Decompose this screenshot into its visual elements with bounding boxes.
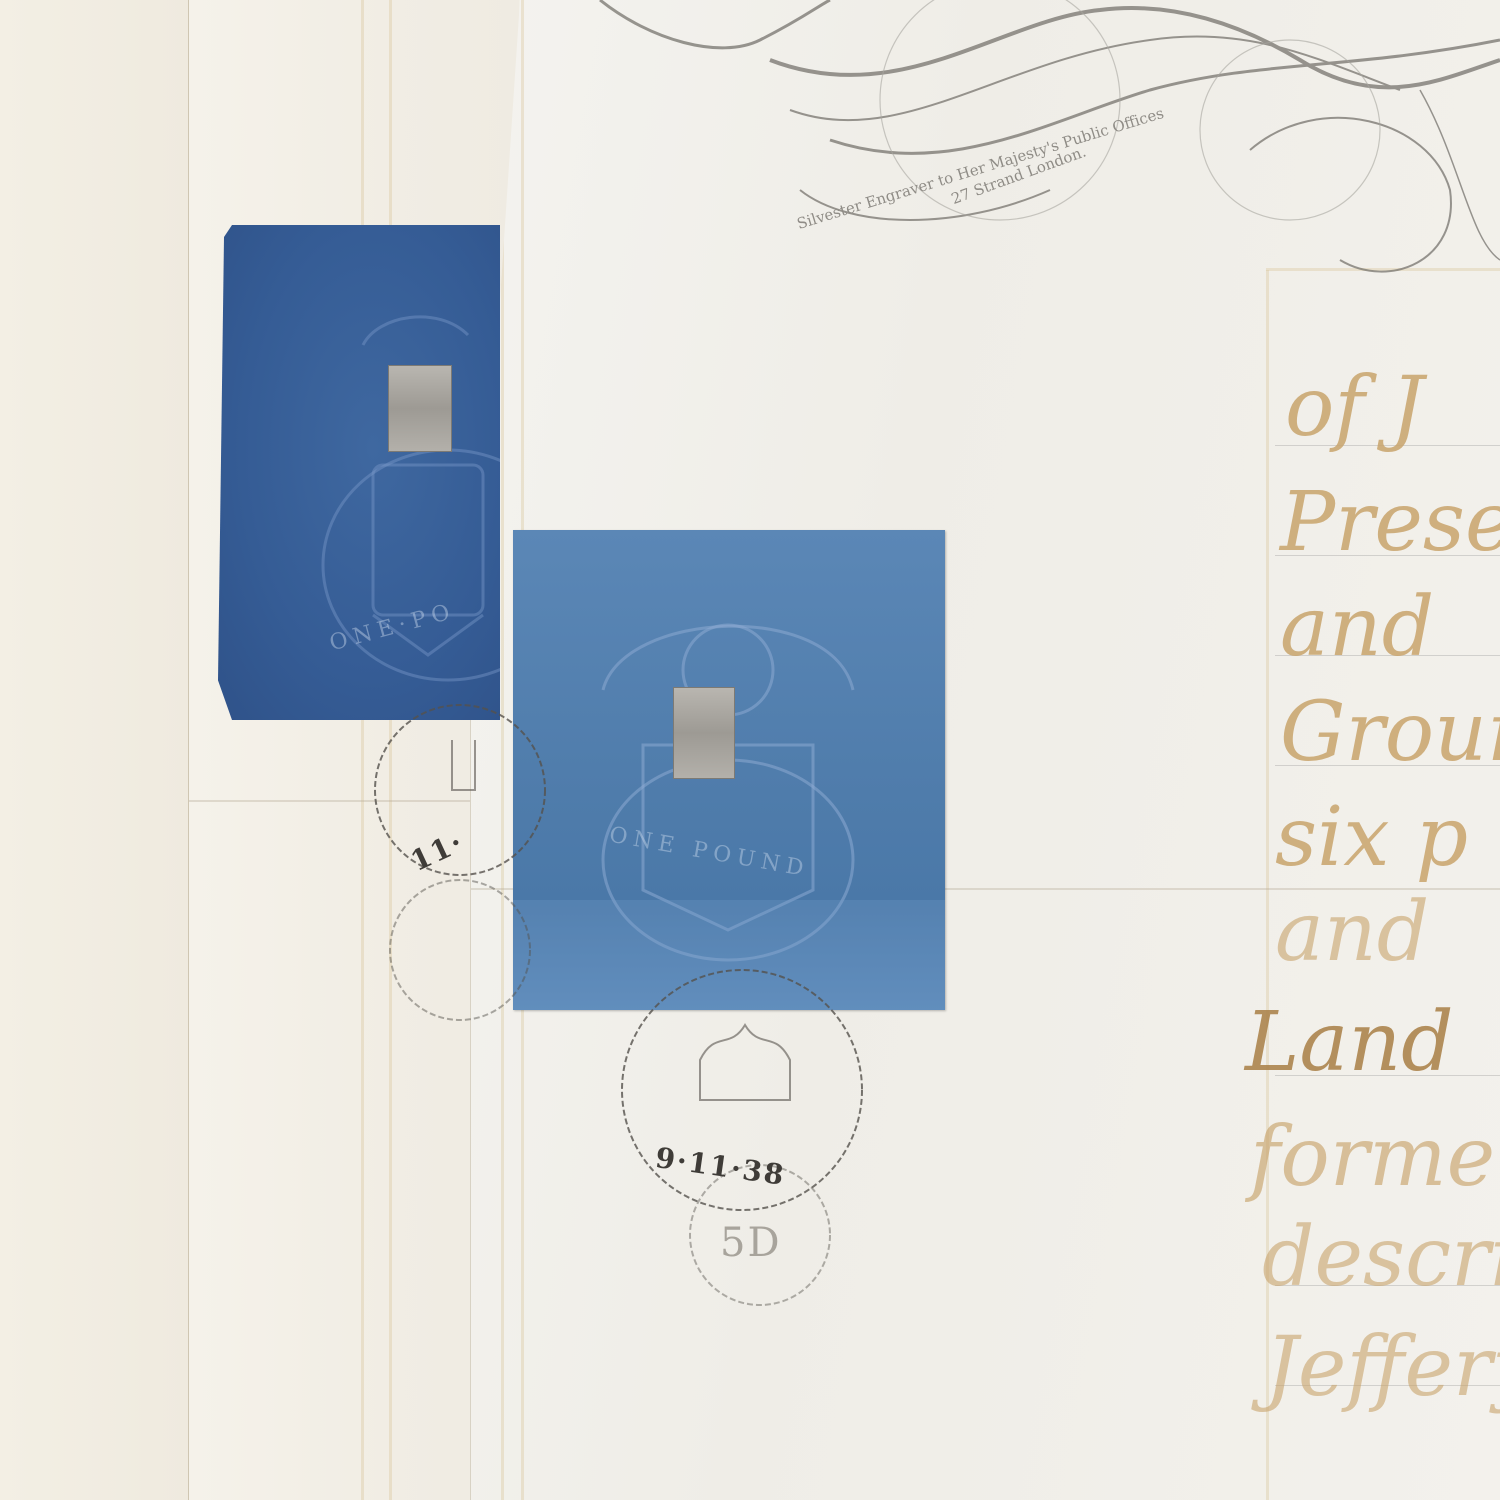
handwritten-line: formerl bbox=[1250, 1110, 1500, 1205]
handwritten-line: six p bbox=[1275, 790, 1468, 885]
right-postmark-secondary: 5D bbox=[720, 1220, 782, 1266]
handwritten-line: Presen bbox=[1280, 475, 1500, 570]
handwritten-line: Land bbox=[1245, 995, 1454, 1090]
handwritten-line: Groun bbox=[1280, 685, 1500, 780]
handwritten-line: and bbox=[1275, 885, 1429, 980]
handwritten-line: and bbox=[1280, 580, 1434, 675]
crown-icon bbox=[452, 740, 790, 1100]
handwritten-line: of J bbox=[1285, 360, 1424, 455]
handwritten-line: describe bbox=[1262, 1210, 1500, 1305]
handwritten-line: Jeffery bbox=[1265, 1320, 1500, 1415]
